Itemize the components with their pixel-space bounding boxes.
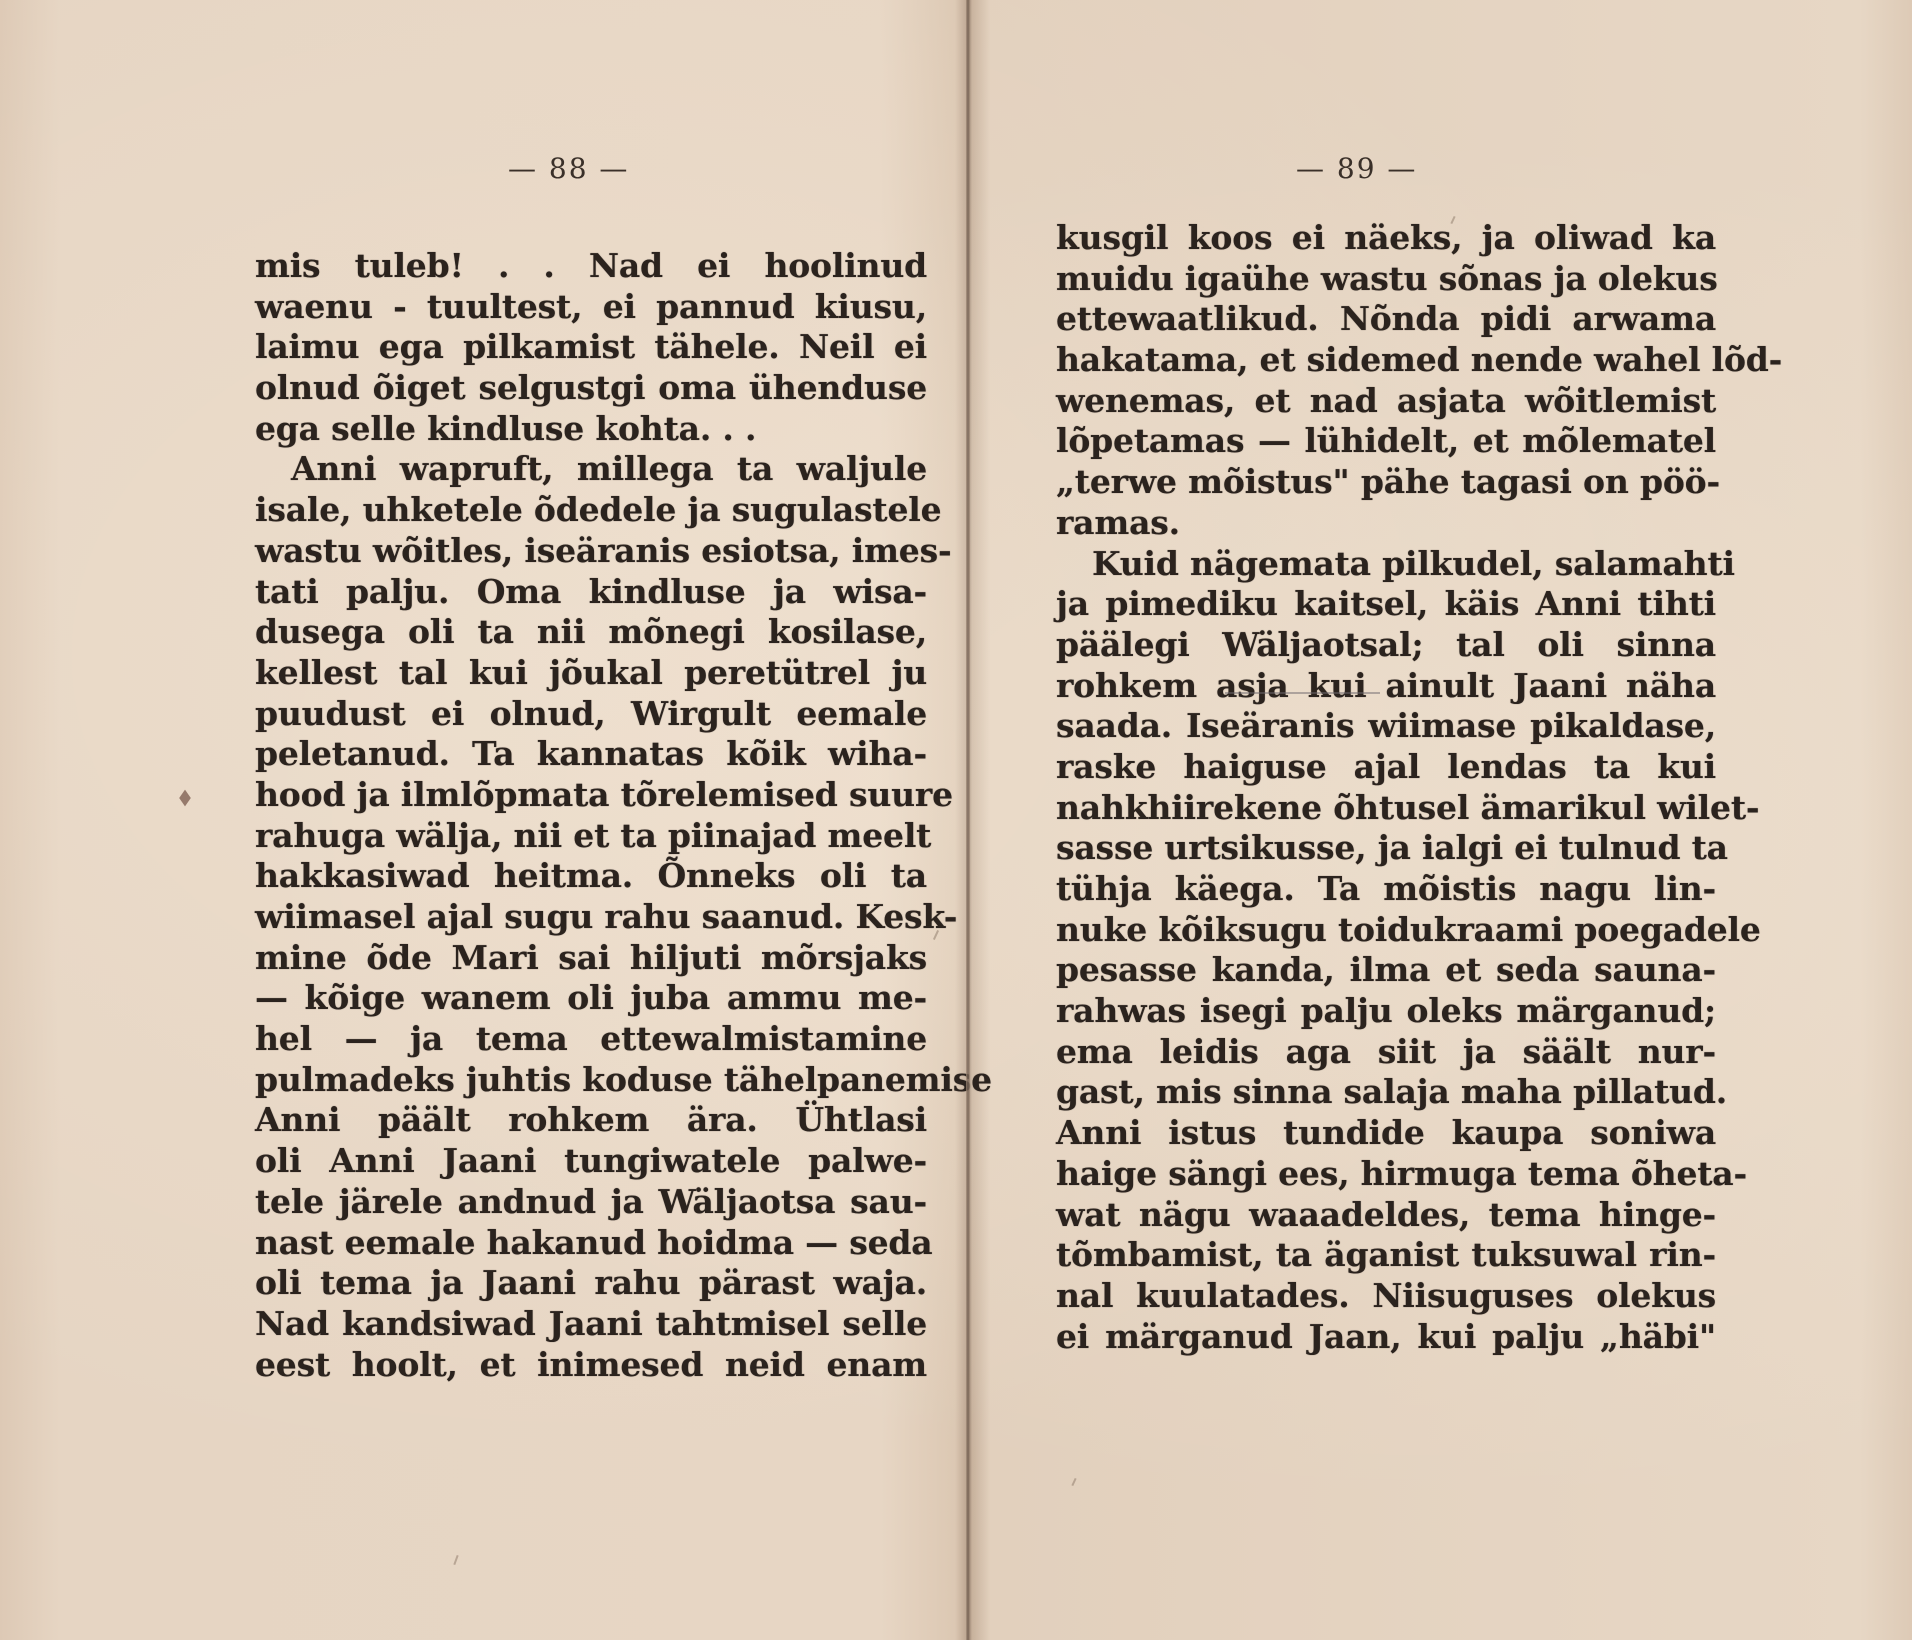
text-line: pulmadeks juhtis koduse tähelpanemise bbox=[255, 1060, 927, 1101]
text-line: Anni istus tundide kaupa soniwa bbox=[1056, 1113, 1716, 1154]
page-number-right: — 89 — bbox=[1296, 152, 1417, 185]
paper-speck bbox=[1071, 1478, 1076, 1486]
text-line: tühja käega. Ta mõistis nagu lin- bbox=[1056, 869, 1716, 910]
text-line: waenu - tuultest, ei pannud kiusu, bbox=[255, 287, 927, 328]
book-spread: — 88 — mis tuleb! . . Nad ei hoolinud wa… bbox=[0, 0, 1912, 1640]
text-line: ega selle kindluse kohta. . . bbox=[255, 409, 927, 450]
text-line: hakkasiwad heitma. Õnneks oli ta bbox=[255, 856, 927, 897]
text-line: hood ja ilmlõpmata tõrelemised suure bbox=[255, 775, 927, 816]
text-line: oli Anni Jaani tungiwatele palwe- bbox=[255, 1141, 927, 1182]
text-line: nal kuulatades. Niisuguses olekus bbox=[1056, 1276, 1716, 1317]
text-line: rahuga wälja, nii et ta piinajad meelt bbox=[255, 816, 927, 857]
paper-speck bbox=[453, 1555, 458, 1565]
text-line: Nad kandsiwad Jaani tahtmisel selle bbox=[255, 1304, 927, 1345]
left-page-text: mis tuleb! . . Nad ei hoolinud waenu - t… bbox=[255, 246, 927, 1385]
text-line: nahkhiirekene õhtusel ämarikul wilet- bbox=[1056, 788, 1716, 829]
text-line: oli tema ja Jaani rahu pärast waja. bbox=[255, 1263, 927, 1304]
text-line: eest hoolt, et inimesed neid enam bbox=[255, 1345, 927, 1386]
right-page-text: kusgil koos ei näeks, ja oliwad ka muidu… bbox=[1056, 218, 1716, 1357]
text-line: nuke kõiksugu toidukraami poegadele bbox=[1056, 910, 1716, 951]
text-line: olnud õiget selgustgi oma ühenduse bbox=[255, 368, 927, 409]
text-line: pesasse kanda, ilma et seda sauna- bbox=[1056, 950, 1716, 991]
text-line: ema leidis aga siit ja säält nur- bbox=[1056, 1032, 1716, 1073]
text-line: wenemas, et nad asjata wõitlemist bbox=[1056, 381, 1716, 422]
text-line: — kõige wanem oli juba ammu me- bbox=[255, 978, 927, 1019]
text-line: sasse urtsikusse, ja ialgi ei tulnud ta bbox=[1056, 828, 1716, 869]
text-line: nast eemale hakanud hoidma — seda bbox=[255, 1223, 927, 1264]
text-line: hakatama, et sidemed nende wahel lõd- bbox=[1056, 340, 1716, 381]
text-line: kellest tal kui jõukal peretütrel ju bbox=[255, 653, 927, 694]
text-line: lõpetamas — lühidelt, et mõlematel bbox=[1056, 421, 1716, 462]
text-line: hel — ja tema ettewalmistamine bbox=[255, 1019, 927, 1060]
text-line: wastu wõitles, iseäranis esiotsa, imes- bbox=[255, 531, 927, 572]
text-line: laimu ega pilkamist tähele. Neil ei bbox=[255, 327, 927, 368]
text-line: „terwe mõistus" pähe tagasi on pöö- bbox=[1056, 462, 1716, 503]
margin-ink-mark bbox=[179, 790, 191, 807]
text-line: saada. Iseäranis wiimase pikaldase, bbox=[1056, 706, 1716, 747]
text-line: tele järele andnud ja Wäljaotsa sau- bbox=[255, 1182, 927, 1223]
text-line: Anni päält rohkem ära. Ühtlasi bbox=[255, 1100, 927, 1141]
text-line: tati palju. Oma kindluse ja wisa- bbox=[255, 572, 927, 613]
text-line: ei märganud Jaan, kui palju „häbi" bbox=[1056, 1317, 1716, 1358]
text-line: gast, mis sinna salaja maha pillatud. bbox=[1056, 1072, 1716, 1113]
text-line: raske haiguse ajal lendas ta kui bbox=[1056, 747, 1716, 788]
text-line: tõmbamist, ta äganist tuksuwal rin- bbox=[1056, 1235, 1716, 1276]
text-line: ja pimediku kaitsel, käis Anni tihti bbox=[1056, 584, 1716, 625]
pencil-underline bbox=[1225, 692, 1380, 694]
text-line: kusgil koos ei näeks, ja oliwad ka bbox=[1056, 218, 1716, 259]
text-line: wiimasel ajal sugu rahu saanud. Kesk- bbox=[255, 897, 927, 938]
text-line: wat nägu waaadeldes, tema hinge- bbox=[1056, 1195, 1716, 1236]
text-line: päälegi Wäljaotsal; tal oli sinna bbox=[1056, 625, 1716, 666]
text-line: haige sängi ees, hirmuga tema õheta- bbox=[1056, 1154, 1716, 1195]
right-page: — 89 — kusgil koos ei näeks, ja oliwad k… bbox=[970, 0, 1912, 1640]
text-line: rahwas isegi palju oleks märganud; bbox=[1056, 991, 1716, 1032]
text-line: dusega oli ta nii mõnegi kosilase, bbox=[255, 612, 927, 653]
text-line: isale, uhketele õdedele ja sugulastele bbox=[255, 490, 927, 531]
text-line: ettewaatlikud. Nõnda pidi arwama bbox=[1056, 299, 1716, 340]
text-line: mine õde Mari sai hiljuti mõrsjaks bbox=[255, 938, 927, 979]
page-number-left: — 88 — bbox=[508, 152, 629, 185]
paragraph-start-line: Anni wapruft, millega ta waljule bbox=[255, 449, 927, 490]
text-line: ramas. bbox=[1056, 503, 1716, 544]
text-line: peletanud. Ta kannatas kõik wiha- bbox=[255, 734, 927, 775]
paragraph-start-line: Kuid nägemata pilkudel, salamahti bbox=[1056, 544, 1716, 585]
text-line: muidu igaühe wastu sõnas ja olekus bbox=[1056, 259, 1716, 300]
text-line: puudust ei olnud, Wirgult eemale bbox=[255, 694, 927, 735]
text-line: rohkem asja kui ainult Jaani näha bbox=[1056, 666, 1716, 707]
text-line: mis tuleb! . . Nad ei hoolinud bbox=[255, 246, 927, 287]
left-page: — 88 — mis tuleb! . . Nad ei hoolinud wa… bbox=[0, 0, 966, 1640]
